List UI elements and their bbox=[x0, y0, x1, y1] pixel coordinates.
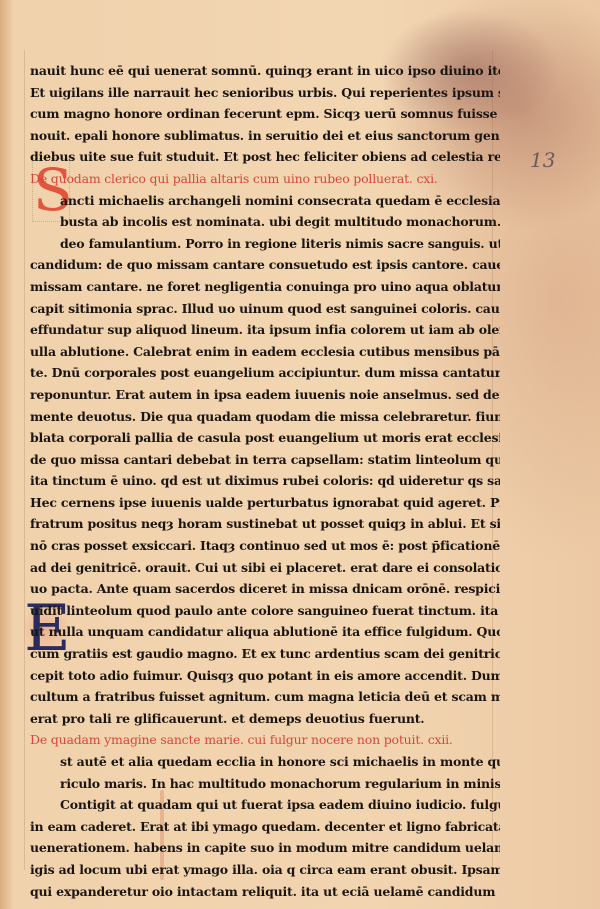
text-line: candidum: de quo missam cantare consuetu… bbox=[30, 254, 500, 276]
text-line: igis ad locum ubi erat ymago illa. oia q… bbox=[30, 859, 500, 881]
text-line: deo famulantium. Porro in regione literi… bbox=[30, 233, 500, 255]
rubric-heading: De quadam ymagine sancte marie. cui fulg… bbox=[30, 729, 500, 751]
text-line: mente deuotus. Die qua quadam quodam die… bbox=[30, 406, 500, 428]
text-line: blata corporali pallia de casula post eu… bbox=[30, 427, 500, 449]
text-line: cepit toto adio fuimur. Quisqȝ quo potan… bbox=[30, 665, 500, 687]
text-line: st autē et alia quedam ecclia in honore … bbox=[30, 751, 500, 773]
text-line: ulla ablutione. Calebrat enim in eadem e… bbox=[30, 341, 500, 363]
text-line: de quo missa cantari debebat in terra ca… bbox=[30, 449, 500, 471]
text-line: capit sitimonia sprac. Illud uo uinum qu… bbox=[30, 298, 500, 320]
text-line: nō cras posset exsiccari. Itaqȝ continuo… bbox=[30, 535, 500, 557]
text-line: Hec cernens ipse iuuenis ualde perturbat… bbox=[30, 492, 500, 514]
text-line: ancti michaelis archangeli nomini consec… bbox=[30, 190, 500, 212]
text-line: cum magno honore ordinan fecerunt epm. S… bbox=[30, 103, 500, 125]
text-line: uenerationem. habens in capite suo in mo… bbox=[30, 837, 500, 859]
rubric-heading: De quodam clerico qui pallia altaris cum… bbox=[30, 168, 500, 190]
text-line: ita tinctum ē uino. qd est ut diximus ru… bbox=[30, 470, 500, 492]
folio-number: 13 bbox=[530, 148, 555, 172]
text-line: nouit. epali honore sublimatus. in serui… bbox=[30, 125, 500, 147]
manuscript-page: 13 S E nauit hunc eē qui uenerat somnū. … bbox=[0, 0, 600, 909]
text-line: missam cantare. ne foret negligentia con… bbox=[30, 276, 500, 298]
text-line: Et uigilans ille narrauit hec senioribus… bbox=[30, 82, 500, 104]
text-line: effundatur sup aliquod lineum. ita ipsum… bbox=[30, 319, 500, 341]
text-line: ut nulla unquam candidatur aliqua abluti… bbox=[30, 621, 500, 643]
text-line: erat pro tali re glificauerunt. et demep… bbox=[30, 708, 500, 730]
text-line: in eam caderet. Erat at ibi ymago quedam… bbox=[30, 816, 500, 838]
text-line: cultum a fratribus fuisset agnitum. cum … bbox=[30, 686, 500, 708]
text-line: ad dei genitricē. orauit. Cui ut sibi ei… bbox=[30, 557, 500, 579]
text-line: fratrum positus neqȝ horam sustinebat ut… bbox=[30, 513, 500, 535]
text-line: busta ab incolis est nominata. ubi degit… bbox=[30, 211, 500, 233]
text-line: cum gratiis est gaudio magno. Et ex tunc… bbox=[30, 643, 500, 665]
text-line: qui expanderetur oio intactam reliquit. … bbox=[30, 881, 500, 903]
text-line: nauit hunc eē qui uenerat somnū. quinqȝ … bbox=[30, 60, 500, 82]
text-line: riculo maris. In hac multitudo monachoru… bbox=[30, 773, 500, 795]
text-line: reponuntur. Erat autem in ipsa eadem iuu… bbox=[30, 384, 500, 406]
text-line: diebus uite sue fuit studuit. Et post he… bbox=[30, 146, 500, 168]
ruling-line-left bbox=[24, 50, 25, 870]
text-line: Contigit at quadam qui ut fuerat ipsa ea… bbox=[30, 794, 500, 816]
text-line: te. Dnū corporales post euangelium accip… bbox=[30, 362, 500, 384]
text-line: uidit linteolum quod paulo ante colore s… bbox=[30, 600, 500, 622]
manuscript-text-block: nauit hunc eē qui uenerat somnū. quinqȝ … bbox=[30, 60, 500, 902]
text-line: uo pacta. Ante quam sacerdos diceret in … bbox=[30, 578, 500, 600]
